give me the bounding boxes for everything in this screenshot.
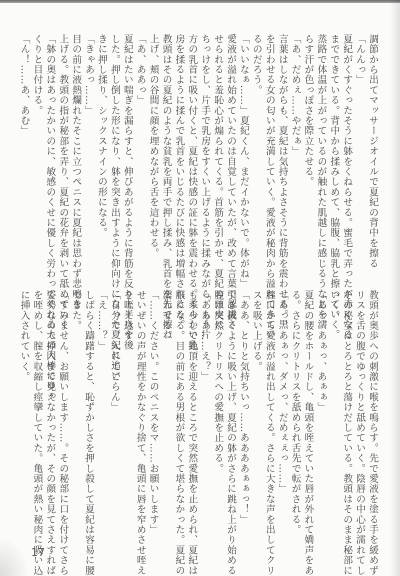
- text-column: 「ああ、とりと気持ちいっ……ああああぁぁっ！」: [236, 290, 249, 556]
- text-column: 「あっ、あぁっ、あぁぁ」: [313, 290, 326, 556]
- text-column: 教頭が奥歩への刺激に喉を鳴らす。先で愛液を塗る手を緩めずクリト: [365, 290, 378, 556]
- text-column: せられると羞恥心が煽られてくる。首筋を引かせ、夏紀の頭皮に: [210, 34, 223, 266]
- text-column: に挿入されていく。: [17, 290, 30, 556]
- text-column: 「きゃあっ……」: [81, 34, 94, 266]
- text-column: ちっけをし、片手で乳房をすくい上げるように揉みながら、もう片: [197, 34, 210, 266]
- text-column: る。さらにクリトリスを舐められ舌先で転がされる。: [288, 290, 301, 556]
- text-column: 教頭はその夏紀のような貧乳を両手で押し揉み、乳首をを先で擦ね: [159, 34, 172, 266]
- text-column: できた。: [68, 290, 81, 556]
- text-column: 膣口から愛液が溢れ出してくる。さらに大きな声を出してクリトリ: [262, 290, 275, 556]
- scan-binding-shadow: [390, 0, 400, 576]
- text-tier-top: 調節から出てマッサージオイルで夏紀の背中を擦る「んんっ」夏紀がくすぐったそうに躰…: [17, 34, 378, 266]
- text-column: 「ん！……あ、あむ」: [17, 34, 30, 266]
- text-column: るのだろう。: [249, 34, 262, 266]
- text-column: 「んんっ」: [352, 34, 365, 266]
- text-column: スを吸い上げる。: [249, 290, 262, 556]
- text-column: きに押し揉り、シックスナインの形になる。: [94, 34, 107, 266]
- text-column: もう少しで絶頂を迎えるところで突然愛撫を止められ、夏紀は思わず不: [184, 290, 197, 556]
- text-column: した。押し倒した形になり、躰を突き出すように仰向けになった夏紀に追い: [107, 34, 120, 266]
- text-column: しばらく躊躇すると、恥ずかしさを押し殺して夏紀は容易に腰へ: [81, 290, 94, 556]
- text-column: 「あ、だめぇ……やだぁ」: [288, 34, 301, 266]
- text-column: 膣は突然クリトリスへの愛撫を止める。: [210, 290, 223, 556]
- text-column: 服になる。目の前にある男根が欲しくて堪らなかった。夏紀の口元を: [172, 290, 185, 556]
- text-tier-bottom: 教頭が奥歩への刺激に喉を鳴らす。先で愛液を塗る手を緩めずクリトリスを舌の腹でゆっ…: [17, 290, 378, 556]
- text-column: 目の前に液熱爛れたそこに立つぺニスに夏紀は思わず悲鳴を: [68, 34, 81, 266]
- text-column: 「……ください。このペニスをマ……お願いします」: [146, 290, 159, 556]
- text-column: その秘宝はとろとろと蕩けだしている。教頭はそのまま秘部に口を付けて: [339, 290, 352, 556]
- text-column: 夏紀はたい喘ぎを漏らすと、伸びあがるように背筋を反り上半身を後: [120, 34, 133, 266]
- text-column: 調節から出てマッサージオイルで夏紀の背中を擦る: [365, 34, 378, 266]
- text-column: らす汗が色っぽさを際立たせる。: [301, 34, 314, 266]
- text-column: 「え……？」: [94, 290, 107, 556]
- text-column: いく。: [326, 290, 339, 556]
- text-column: くりと目付ける。: [30, 34, 43, 266]
- text-column: 蒸路で体温が上がっているのが触れた肌越しに感じるうなじを濡: [313, 34, 326, 266]
- text-column: 上げる。教頭の指が秘部を弄り、夏紀の花弁を剥いて舐めていく: [55, 34, 68, 266]
- text-column: 愛液が溢れ始めていたのは自覚していたが、改めて言葉で認識さ: [223, 34, 236, 266]
- text-column: 「あああ……え？」: [197, 290, 210, 556]
- text-column: 「あ、ああっ」: [133, 34, 146, 266]
- text-column: せいぜいの声が理性をかなぐり捨て、亀頭に唇を窄めさせ咥えて恋しいマ: [133, 290, 146, 556]
- text-column: 言葉はしながらも、夏紀は気持ちよさそうに背筋を震わせる。黒: [275, 34, 288, 266]
- text-column: 濡わせる。: [159, 290, 172, 556]
- text-column: 方の乳首に吸い付くと、夏紀は快感の証に躰を震わせる。柔らかい乳: [184, 34, 197, 266]
- text-column: 「躰の奥はあったかいのに、敏感のくせに優しく労わってくれる人の肉棒にゆっ: [42, 34, 55, 266]
- text-column: リスを舌の腹でゆっくりと舐めていく。陰唇の中心が濡れてしっかりと: [352, 290, 365, 556]
- text-column: を咥え込す。: [120, 290, 133, 556]
- text-column: を引わせる女の匂いが充満していく。愛液が秘肉から溢れてきてい: [262, 34, 275, 266]
- text-column: 引き抜くように吸い上げ、夏紀の躰がさらに跳ね上がり始める。: [223, 290, 236, 556]
- text-column: 「あっ、あぁっ、ダメっ、だめぇぇっ……」: [275, 290, 288, 556]
- scan-top-edge: [0, 0, 400, 3]
- page-number: 17: [31, 546, 45, 559]
- text-column: までできている。背中から揉みしめて、脇腹、脇乳と擦っていく。: [326, 34, 339, 266]
- text-column: 「自分で、入れてごらん」: [107, 290, 120, 556]
- text-column: 「いいなぁ……」夏紀くん、まだイかないで。体がね」: [236, 34, 249, 266]
- text-column: 夏紀がくすぐったそうに躰をくねらせる。蜜毛で弄ったが赤くなる: [339, 34, 352, 266]
- text-column: 「すみません、お願いします……。その秘部に口を付けてさらに愛液を溢れさせ、教頭の…: [55, 290, 68, 556]
- text-column: 夏紀の腰をホールドし、亀頭を咥えていた唇が外れて嬌声をあげ: [301, 290, 314, 556]
- text-column: 房を揉るように揉んで乳首をいじるたびに快感は増幅されるる。: [172, 34, 185, 266]
- text-column: 姿勢なので挿入まで見えなかったが、その顔を見てさえすれば、: [42, 290, 55, 556]
- text-column: を咥めし、膣を収縮し痙攣していた。亀頭が熱い秘肉に吸い込み、奥へ: [30, 290, 43, 556]
- text-column: 上げ、頬の谷間に顔を埋めながら舌を這わせる。: [146, 34, 159, 266]
